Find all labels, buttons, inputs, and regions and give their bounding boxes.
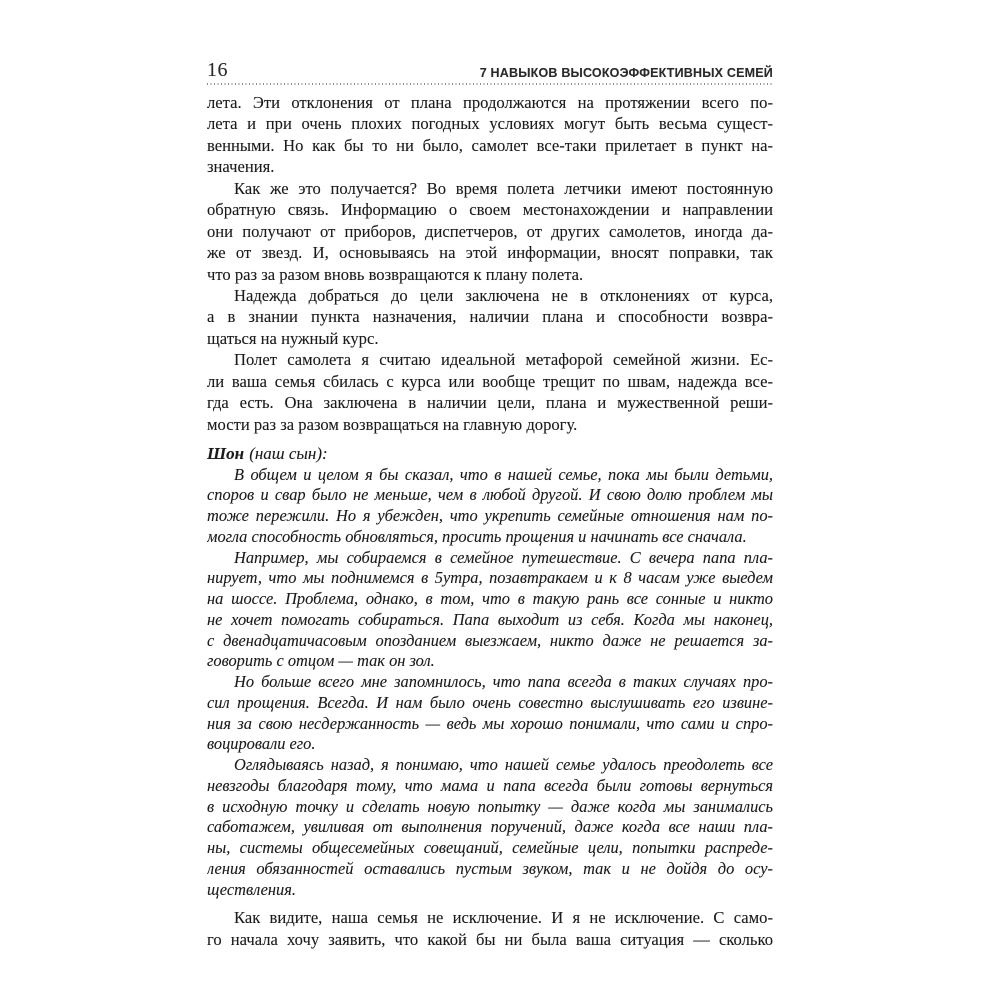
text-line: а в знании пункта назначения, наличии пл… xyxy=(207,306,773,327)
speaker-heading: Шон(наш сын): xyxy=(207,443,773,465)
text-line: ния за свою несдержанность — ведь мы хор… xyxy=(207,714,773,735)
text-line: с двенадцатичасовым опозданием выезжаем,… xyxy=(207,631,773,652)
text-line: ществления. xyxy=(207,880,773,901)
text-line: Но больше всего мне запомнилось, что пап… xyxy=(207,672,773,693)
page-number: 16 xyxy=(207,60,228,80)
text-line: В общем и целом я бы сказал, что в нашей… xyxy=(207,465,773,486)
paragraph: Оглядываясь назад, я понимаю, что нашей … xyxy=(207,755,773,900)
text-line: лета и при очень плохих погодных условия… xyxy=(207,113,773,134)
text-line: го начала хочу заявить, что какой бы ни … xyxy=(207,929,773,950)
body-text: лета. Эти отклонения от плана продолжают… xyxy=(207,92,773,950)
text-line: не хочет помогать собираться. Папа выход… xyxy=(207,610,773,631)
text-line: в исходную точку и сделать новую попытку… xyxy=(207,797,773,818)
speaker-name: Шон xyxy=(207,444,244,463)
text-line: Оглядываясь назад, я понимаю, что нашей … xyxy=(207,755,773,776)
text-line: невзгоды благодаря тому, что мама и папа… xyxy=(207,776,773,797)
text-line: тоже пережили. Но я убежден, что укрепит… xyxy=(207,506,773,527)
text-line: Например, мы собираемся в семейное путеш… xyxy=(207,548,773,569)
text-line: сил прощения. Всегда. И нам было очень с… xyxy=(207,693,773,714)
paragraph: Надежда добраться до цели заключена не в… xyxy=(207,285,773,349)
text-line: гда есть. Она заключена в наличии цели, … xyxy=(207,392,773,413)
text-line: споров и свар было не меньше, чем в любо… xyxy=(207,485,773,506)
paragraph: Как видите, наша семья не исключение. И … xyxy=(207,907,773,950)
text-line: Полет самолета я считаю идеальной метафо… xyxy=(207,349,773,370)
page-header: 16 7 НАВЫКОВ ВЫСОКОЭФФЕКТИВНЫХ СЕМЕЙ xyxy=(207,60,773,80)
text-line: же от звезд. И, основываясь на этой инфо… xyxy=(207,242,773,263)
text-line: значения. xyxy=(207,156,773,177)
text-line: на шоссе. Проблема, однако, в том, что в… xyxy=(207,589,773,610)
text-line: они получают от приборов, диспетчеров, о… xyxy=(207,221,773,242)
book-page: 16 7 НАВЫКОВ ВЫСОКОЭФФЕКТИВНЫХ СЕМЕЙ лет… xyxy=(0,0,1000,1000)
text-line: говорить с отцом — так он зол. xyxy=(207,651,773,672)
text-line: лета. Эти отклонения от плана продолжают… xyxy=(207,92,773,113)
text-line: саботажем, увиливая от выполнения поруче… xyxy=(207,817,773,838)
paragraph: Но больше всего мне запомнилось, что пап… xyxy=(207,672,773,755)
text-line: Как же это получается? Во время полета л… xyxy=(207,178,773,199)
text-line: Надежда добраться до цели заключена не в… xyxy=(207,285,773,306)
speaker-descriptor: (наш сын): xyxy=(249,444,328,463)
text-line: могла способность обновляться, просить п… xyxy=(207,527,773,548)
text-line: обратную связь. Информацию о своем место… xyxy=(207,199,773,220)
header-dotted-rule xyxy=(207,83,773,85)
text-line: венными. Но как бы то ни было, самолет в… xyxy=(207,135,773,156)
text-line: что раз за разом вновь возвращаются к пл… xyxy=(207,264,773,285)
text-line: Как видите, наша семья не исключение. И … xyxy=(207,907,773,928)
text-line: ления обязанностей оставались пустым зву… xyxy=(207,859,773,880)
text-line: ли ваша семья сбилась с курса или вообще… xyxy=(207,371,773,392)
text-line: мости раз за разом возвращаться на главн… xyxy=(207,414,773,435)
text-line: воцировали его. xyxy=(207,734,773,755)
text-column: 16 7 НАВЫКОВ ВЫСОКОЭФФЕКТИВНЫХ СЕМЕЙ лет… xyxy=(207,60,773,950)
text-line: нирует, что мы поднимемся в 5утра, позав… xyxy=(207,568,773,589)
paragraph: В общем и целом я бы сказал, что в нашей… xyxy=(207,465,773,548)
paragraph: Например, мы собираемся в семейное путеш… xyxy=(207,548,773,673)
paragraph: лета. Эти отклонения от плана продолжают… xyxy=(207,92,773,178)
running-title: 7 НАВЫКОВ ВЫСОКОЭФФЕКТИВНЫХ СЕМЕЙ xyxy=(480,67,773,81)
paragraph: Как же это получается? Во время полета л… xyxy=(207,178,773,285)
text-line: ны, системы общесемейных совещаний, семе… xyxy=(207,838,773,859)
paragraph: Полет самолета я считаю идеальной метафо… xyxy=(207,349,773,435)
text-line: щаться на нужный курс. xyxy=(207,328,773,349)
